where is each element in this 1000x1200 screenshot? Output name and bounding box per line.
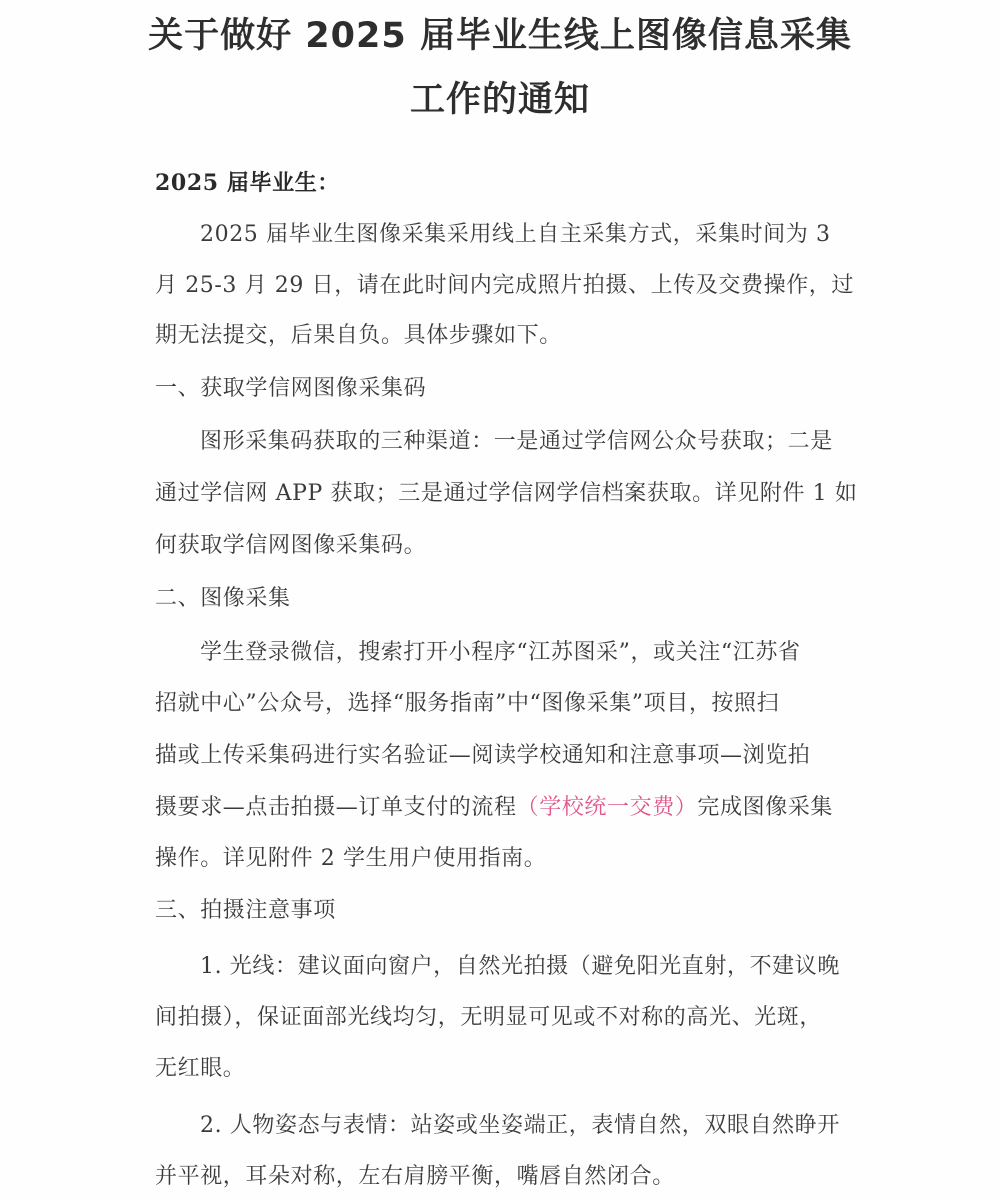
paragraph-line: 2025 届毕业生图像采集采用线上自主采集方式，采集时间为 3 bbox=[200, 220, 900, 250]
document-title-line1: 关于做好 2025 届毕业生线上图像信息采集 bbox=[0, 8, 1000, 58]
paragraph-line: 操作。详见附件 2 学生用户使用指南。 bbox=[155, 844, 855, 874]
paragraph-line: 1. 光线：建议面向窗户，自然光拍摄（避免阳光直射，不建议晚 bbox=[200, 952, 900, 982]
document-page: 关于做好 2025 届毕业生线上图像信息采集 工作的通知 2025 届毕业生： … bbox=[0, 0, 1000, 1200]
paragraph-line: 描或上传采集码进行实名验证—阅读学校通知和注意事项—浏览拍 bbox=[155, 741, 855, 771]
paragraph-line: 间拍摄），保证面部光线均匀，无明显可见或不对称的高光、光斑， bbox=[155, 1003, 855, 1033]
section-heading-2: 二、图像采集 bbox=[155, 584, 855, 614]
paragraph-line: 无红眼。 bbox=[155, 1054, 855, 1084]
salutation: 2025 届毕业生： bbox=[155, 168, 855, 198]
paragraph-line: 通过学信网 APP 获取；三是通过学信网学信档案获取。详见附件 1 如 bbox=[155, 479, 855, 509]
paragraph-line: 招就中心”公众号，选择“服务指南”中“图像采集”项目，按照扫 bbox=[155, 689, 855, 719]
paragraph-text: 摄要求—点击拍摄—订单支付的流程 bbox=[155, 795, 517, 820]
paragraph-text: 完成图像采集 bbox=[697, 795, 833, 820]
paragraph-line: 图形采集码获取的三种渠道：一是通过学信网公众号获取；二是 bbox=[200, 427, 900, 457]
paragraph-line: 学生登录微信，搜索打开小程序“江苏图采”，或关注“江苏省 bbox=[200, 638, 900, 668]
highlighted-fee-note: （学校统一交费） bbox=[517, 795, 698, 820]
section-heading-3: 三、拍摄注意事项 bbox=[155, 896, 855, 926]
paragraph-line: 摄要求—点击拍摄—订单支付的流程（学校统一交费）完成图像采集 bbox=[155, 793, 855, 823]
paragraph-line: 并平视，耳朵对称，左右肩膀平衡，嘴唇自然闭合。 bbox=[155, 1162, 855, 1192]
paragraph-line: 2. 人物姿态与表情：站姿或坐姿端正，表情自然，双眼自然睁开 bbox=[200, 1111, 900, 1141]
document-title-line2: 工作的通知 bbox=[0, 72, 1000, 122]
section-heading-1: 一、获取学信网图像采集码 bbox=[155, 374, 855, 404]
paragraph-line: 何获取学信网图像采集码。 bbox=[155, 531, 855, 561]
paragraph-line: 月 25-3 月 29 日，请在此时间内完成照片拍摄、上传及交费操作，过 bbox=[155, 271, 855, 301]
paragraph-line: 期无法提交，后果自负。具体步骤如下。 bbox=[155, 321, 855, 351]
